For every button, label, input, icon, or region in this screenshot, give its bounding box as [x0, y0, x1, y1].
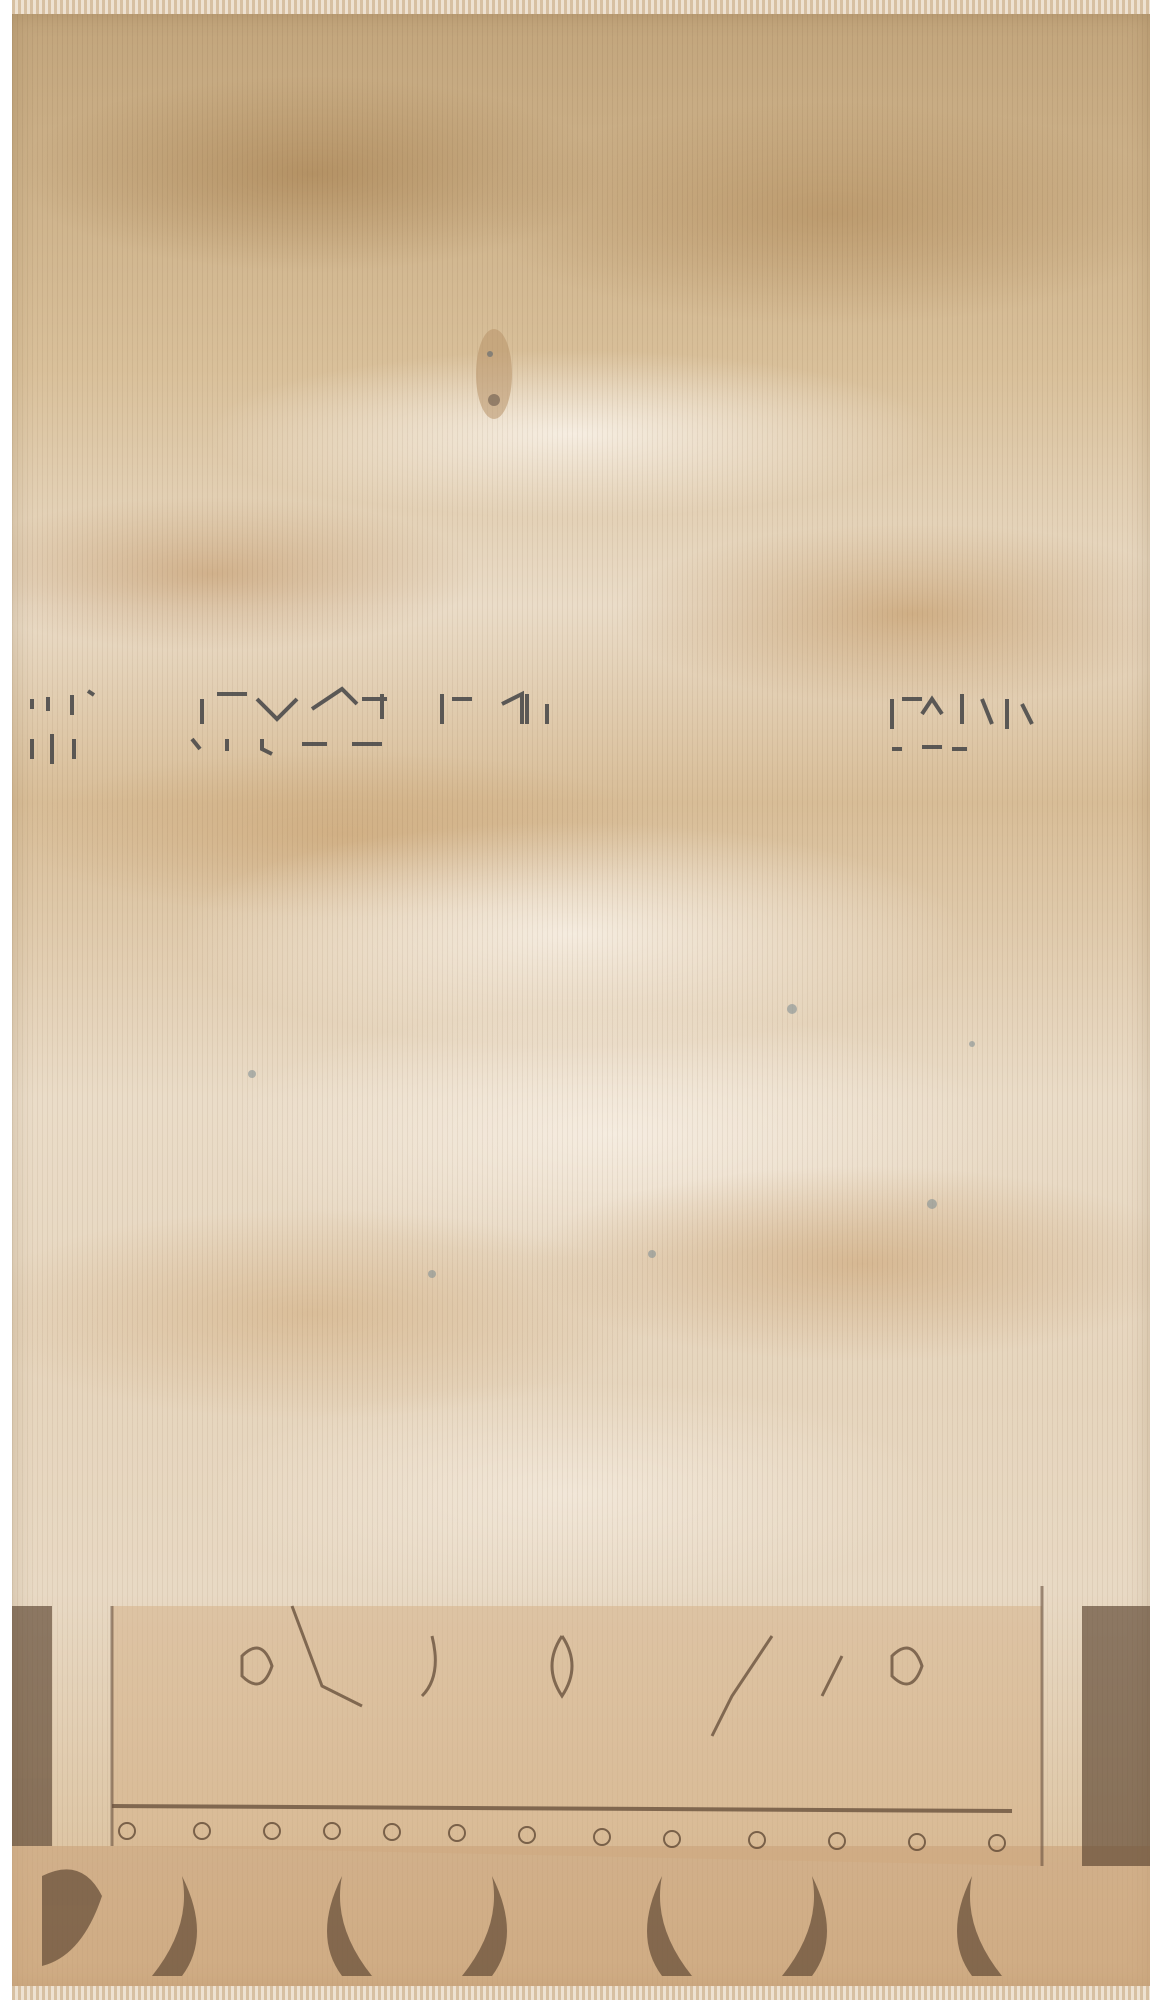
rug-photo [12, 14, 1150, 1986]
rug-fringe-top [12, 0, 1150, 14]
border-pattern [12, 1546, 1150, 1986]
medallion-remnant [12, 324, 1150, 444]
motif-band-dark [12, 639, 1150, 769]
rug-fringe-bottom [12, 1986, 1150, 2000]
scattered-flecks [12, 914, 1150, 1314]
lower-border [12, 1546, 1150, 1986]
